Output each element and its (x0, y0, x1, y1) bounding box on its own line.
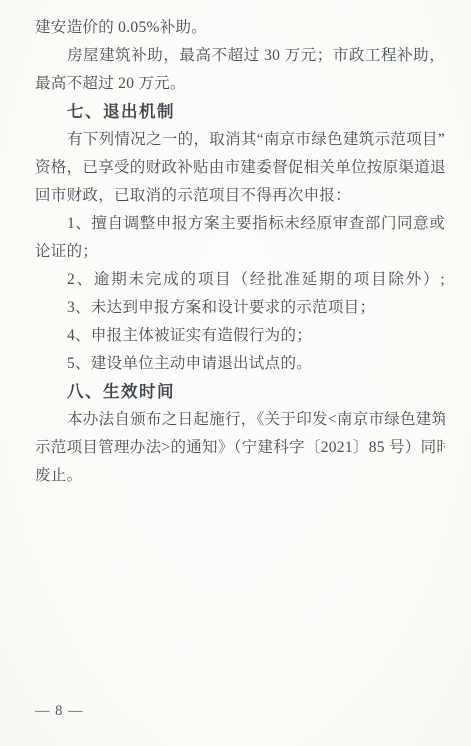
list-item-4: 4、申报主体被证实有造假行为的； (35, 322, 445, 350)
text-line: 最高不超过 20 万元。 (35, 70, 445, 98)
section-heading-exit-mechanism: 七、退出机制 (35, 98, 445, 126)
text-line: 废止。 (35, 462, 445, 490)
text-line: 回市财政，已取消的示范项目不得再次申报： (35, 182, 445, 210)
list-item-2: 2、逾期未完成的项目（经批准延期的项目除外）; (35, 266, 445, 294)
section-heading-effective-date: 八、生效时间 (35, 378, 445, 406)
page-number: — 8 — (35, 703, 84, 720)
text-line: 建安造价的 0.05%补助。 (35, 14, 445, 42)
document-page: 建安造价的 0.05%补助。 房屋建筑补助，最高不超过 30 万元；市政工程补助… (0, 0, 471, 746)
text-line: 论证的； (35, 238, 445, 266)
text-line: 有下列情况之一的，取消其“南京市绿色建筑示范项目” (35, 126, 445, 154)
text-line: 房屋建筑补助，最高不超过 30 万元；市政工程补助， (35, 42, 445, 70)
list-item-3: 3、未达到申报方案和设计要求的示范项目； (35, 294, 445, 322)
list-item-5: 5、建设单位主动申请退出试点的。 (35, 350, 445, 378)
text-line: 示范项目管理办法>的通知》（宁建科字〔2021〕85 号）同时 (35, 434, 445, 462)
text-line: 资格，已享受的财政补贴由市建委督促相关单位按原渠道退 (35, 154, 445, 182)
list-item-1: 1、擅自调整申报方案主要指标未经原审查部门同意或 (35, 210, 445, 238)
document-body: 建安造价的 0.05%补助。 房屋建筑补助，最高不超过 30 万元；市政工程补助… (35, 14, 445, 490)
text-line: 本办法自颁布之日起施行，《关于印发<南京市绿色建筑 (35, 406, 445, 434)
